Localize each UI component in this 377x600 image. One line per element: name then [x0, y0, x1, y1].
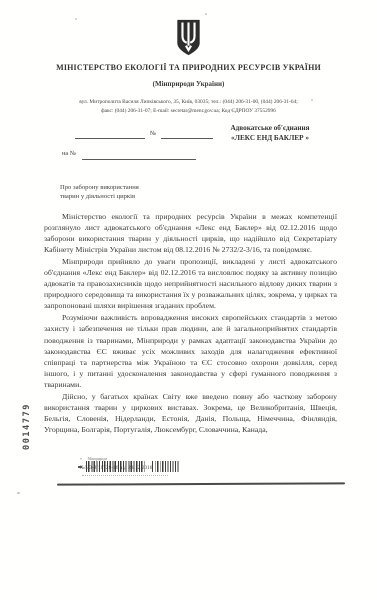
scan-speck [75, 18, 77, 20]
scan-speck [17, 492, 20, 494]
scan-speck [311, 99, 313, 101]
page-scan-edge [57, 482, 345, 485]
outgoing-date-blank [75, 137, 145, 139]
vertical-registration-number: 0014779 [22, 386, 32, 450]
letter-body: Міністерство екології та природних ресур… [44, 211, 337, 436]
ministry-title: МІНІСТЕРСТВО ЕКОЛОГІЇ ТА ПРИРОДНИХ РЕСУР… [0, 63, 377, 72]
outgoing-number-blank [161, 137, 213, 139]
ministry-short-title: (Мінприроди України) [0, 80, 377, 88]
subject-line-1: Про заборону використання [60, 183, 139, 192]
subject-line-2: тварин у діяльності цирків [60, 192, 139, 201]
paragraph-1: Міністерство екології та природних ресур… [44, 211, 337, 255]
address-line-1: вул. Митрополита Василя Липківського, 35… [0, 99, 377, 105]
recipient-line-2: «ЛЕКС ЕНД БАКЛЕР » [210, 133, 330, 143]
address-line-2: факс: (044) 206-31-07; E-mail: secretar@… [0, 108, 377, 114]
paragraph-2: Мінприроди прийняло до уваги пропозиції,… [44, 256, 337, 311]
reply-number-blank [82, 158, 196, 160]
registration-barcode [78, 461, 179, 472]
stamp-dotted-line [82, 474, 168, 476]
barcode-segment-2 [152, 461, 179, 472]
recipient-line-1: Адвокатське об'єднання [210, 123, 330, 133]
recipient-block: Адвокатське об'єднання «ЛЕКС ЕНД БАКЛЕР … [210, 123, 330, 143]
barcode-gap [145, 461, 152, 472]
reply-number-label: на № [62, 150, 76, 157]
scanned-letter-page: МІНІСТЕРСТВО ЕКОЛОГІЇ ТА ПРИРОДНИХ РЕСУР… [0, 0, 377, 600]
number-label: № [150, 130, 156, 137]
barcode-segment-1 [86, 461, 145, 472]
subject-block: Про заборону використання тварин у діяль… [60, 183, 139, 202]
paragraph-4: Дійсно, у багатьох країнах Світу вже вве… [44, 391, 337, 435]
scan-speck [205, 13, 207, 15]
ukraine-trident-icon [175, 19, 202, 56]
paragraph-3: Розуміючи важливість впровадження високи… [44, 312, 337, 389]
barcode-start-mark [78, 466, 82, 468]
